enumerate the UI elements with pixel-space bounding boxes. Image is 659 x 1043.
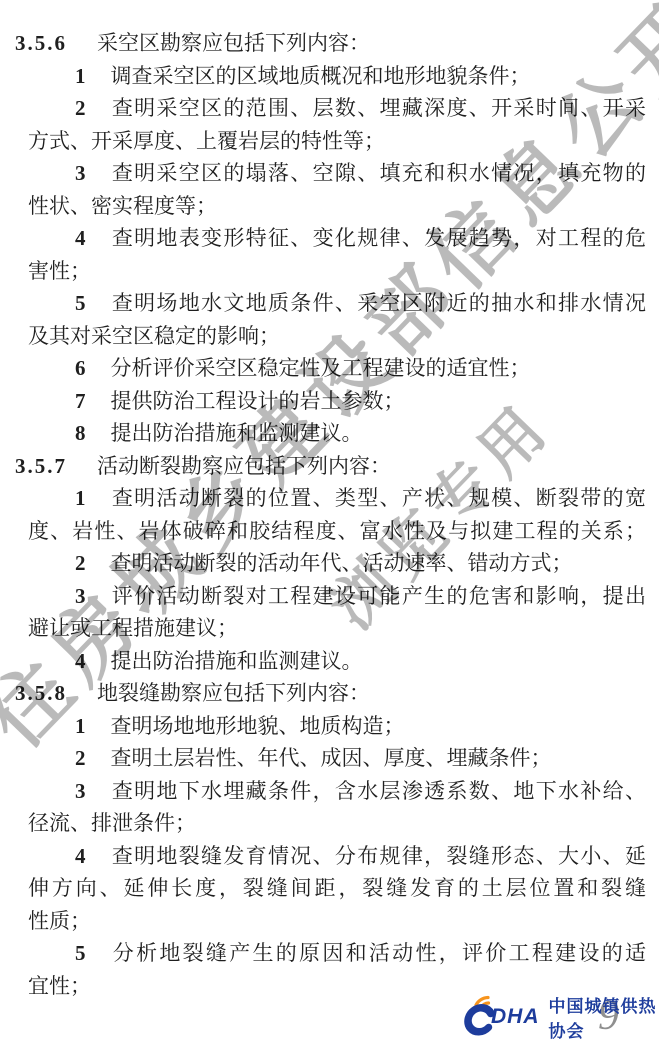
number-gap [86,504,111,505]
text-line: 避让或工程措施建议； [28,612,646,645]
line-number: 1 [75,486,86,510]
line-number: 2 [75,551,86,575]
text-line: 性质； [28,905,646,938]
line-text: 提供防治工程设计的岩土参数； [111,389,405,413]
line-number: 1 [75,64,86,88]
text-line: 方式、开采厚度、上覆岩层的特性等； [28,125,646,158]
line-number: 6 [75,356,86,380]
line-number: 3 [75,779,86,803]
number-gap [67,49,97,50]
text-line: 4查明地表变形特征、变化规律、发展趋势，对工程的危 [28,222,646,255]
item-indent [28,764,75,765]
item-indent [28,569,75,570]
text-line: 伸方向、延伸长度，裂缝间距，裂缝发育的土层位置和裂缝 [28,872,646,905]
line-number: 4 [75,226,86,250]
item-indent [28,309,75,310]
item-indent [28,504,75,505]
line-text: 查明采空区的塌落、空隙、填充和积水情况，填充物的 [111,161,647,185]
line-number: 3 [75,161,86,185]
line-text: 分析评价采空区稳定性及工程建设的适宜性； [111,356,531,380]
number-gap [86,114,111,115]
number-gap [86,179,111,180]
text-line: 及其对采空区稳定的影响； [28,320,646,353]
line-number: 4 [75,649,86,673]
number-gap [86,82,111,83]
text-line: 3.5.8地裂缝勘察应包括下列内容： [28,677,646,710]
text-line: 害性； [28,255,646,288]
number-gap [86,244,111,245]
line-number: 3.5.7 [15,454,67,478]
item-indent [28,82,75,83]
line-text: 查明场地地形地貌、地质构造； [111,714,405,738]
line-number: 2 [75,96,86,120]
logo-dha-text: DHA [491,1005,540,1029]
line-text: 提出防治措施和监测建议。 [111,421,363,445]
text-line: 度、岩性、岩体破碎和胶结程度、富水性及与拟建工程的关系； [28,515,646,548]
item-indent [28,797,75,798]
line-number: 3.5.8 [15,681,67,705]
line-text: 查明地裂缝发育情况、分布规律，裂缝形态、大小、延 [111,844,647,868]
line-text: 活动断裂勘察应包括下列内容： [97,454,391,478]
text-line: 2查明土层岩性、年代、成因、厚度、埋藏条件； [28,742,646,775]
number-gap [86,862,111,863]
number-gap [86,764,111,765]
text-line: 8提出防治措施和监测建议。 [28,417,646,450]
line-text: 查明场地水文地质条件、采空区附近的抽水和排水情况 [111,291,647,315]
number-gap [86,407,111,408]
number-gap [67,472,97,473]
number-gap [86,439,111,440]
line-text: 伸方向、延伸长度，裂缝间距，裂缝发育的土层位置和裂缝 [28,876,646,900]
line-number: 5 [75,291,86,315]
item-indent [28,407,75,408]
item-indent [28,602,75,603]
text-line: 1查明活动断裂的位置、类型、产状、规模、断裂带的宽 [28,482,646,515]
line-number: 7 [75,389,86,413]
line-text: 查明地下水埋藏条件，含水层渗透系数、地下水补给、 [111,779,647,803]
number-gap [86,309,111,310]
text-line: 6分析评价采空区稳定性及工程建设的适宜性； [28,352,646,385]
line-text: 提出防治措施和监测建议。 [111,649,363,673]
number-gap [86,667,111,668]
text-line: 1查明场地地形地貌、地质构造； [28,710,646,743]
number-gap [86,732,111,733]
line-text: 性状、密实程度等； [28,194,217,218]
text-line: 3评价活动断裂对工程建设可能产生的危害和影响，提出 [28,580,646,613]
text-line: 2查明采空区的范围、层数、埋藏深度、开采时间、开采 [28,92,646,125]
number-gap [86,374,111,375]
line-number: 4 [75,844,86,868]
text-line: 2查明活动断裂的活动年代、活动速率、错动方式； [28,547,646,580]
text-line: 径流、排泄条件； [28,807,646,840]
item-indent [28,179,75,180]
line-text: 分析地裂缝产生的原因和活动性，评价工程建设的适 [111,941,647,965]
line-number: 1 [75,714,86,738]
line-text: 宜性； [28,974,91,998]
document-text: 3.5.6采空区勘察应包括下列内容：1调查采空区的区域地质概况和地形地貌条件；2… [28,27,646,1002]
item-indent [28,439,75,440]
text-line: 性状、密实程度等； [28,190,646,223]
number-gap [86,797,111,798]
line-text: 查明地表变形特征、变化规律、发展趋势，对工程的危 [111,226,647,250]
line-number: 8 [75,421,86,445]
line-text: 地裂缝勘察应包括下列内容： [97,681,370,705]
line-text: 径流、排泄条件； [28,811,196,835]
number-gap [86,959,111,960]
text-line: 3查明采空区的塌落、空隙、填充和积水情况，填充物的 [28,157,646,190]
text-line: 1调查采空区的区域地质概况和地形地貌条件； [28,60,646,93]
association-name: 中国城镇供热协会 [549,992,659,1042]
number-gap [67,699,97,700]
item-indent [28,862,75,863]
line-text: 避让或工程措施建议； [28,616,238,640]
line-text: 性质； [28,909,91,933]
text-line: 7提供防治工程设计的岩土参数； [28,385,646,418]
line-text: 查明活动断裂的活动年代、活动速率、错动方式； [111,551,573,575]
number-gap [86,602,111,603]
item-indent [28,667,75,668]
line-number: 5 [75,941,86,965]
text-line: 3查明地下水埋藏条件，含水层渗透系数、地下水补给、 [28,775,646,808]
line-text: 度、岩性、岩体破碎和胶结程度、富水性及与拟建工程的关系； [28,519,646,543]
line-text: 及其对采空区稳定的影响； [28,324,280,348]
text-line: 4查明地裂缝发育情况、分布规律，裂缝形态、大小、延 [28,840,646,873]
number-gap [86,569,111,570]
line-number: 3 [75,584,86,608]
text-line: 3.5.7活动断裂勘察应包括下列内容： [28,450,646,483]
line-text: 害性； [28,259,91,283]
item-indent [28,732,75,733]
line-text: 查明土层岩性、年代、成因、厚度、埋藏条件； [111,746,552,770]
item-indent [28,244,75,245]
line-text: 方式、开采厚度、上覆岩层的特性等； [28,129,385,153]
item-indent [28,114,75,115]
line-number: 2 [75,746,86,770]
line-text: 采空区勘察应包括下列内容： [97,31,370,55]
text-line: 3.5.6采空区勘察应包括下列内容： [28,27,646,60]
line-text: 查明采空区的范围、层数、埋藏深度、开采时间、开采 [111,96,647,120]
line-text: 查明活动断裂的位置、类型、产状、规模、断裂带的宽 [111,486,647,510]
line-text: 评价活动断裂对工程建设可能产生的危害和影响，提出 [111,584,647,608]
line-text: 调查采空区的区域地质概况和地形地貌条件； [111,64,531,88]
text-line: 5查明场地水文地质条件、采空区附近的抽水和排水情况 [28,287,646,320]
document-page: 3.5.6采空区勘察应包括下列内容：1调查采空区的区域地质概况和地形地貌条件；2… [0,0,659,1043]
item-indent [28,959,75,960]
cdha-logo: DHA 中国城镇供热协会 [455,996,659,1038]
line-number: 3.5.6 [15,31,67,55]
item-indent [28,374,75,375]
text-line: 5分析地裂缝产生的原因和活动性，评价工程建设的适 [28,937,646,970]
text-line: 4提出防治措施和监测建议。 [28,645,646,678]
